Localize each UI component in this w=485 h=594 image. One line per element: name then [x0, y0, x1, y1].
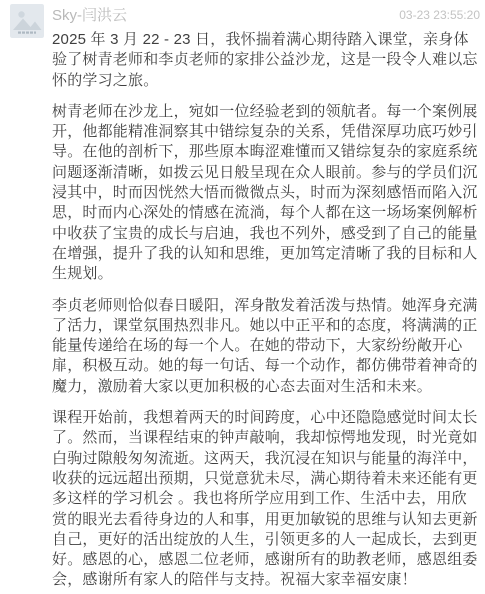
- post-paragraph: 2025 年 3 月 22 - 23 日，我怀揣着满心期待踏入课堂，亲身体验了树…: [52, 30, 479, 91]
- avatar[interactable]: [10, 4, 44, 38]
- author-name[interactable]: Sky-闫洪云: [52, 6, 127, 26]
- post-paragraph: 课程开始前，我想着两天的时间跨度，心中还隐隐感觉时间太长了。然而，当课程结束的钟…: [52, 408, 479, 591]
- post: Sky-闫洪云 03-23 23:55:20 2025 年 3 月 22 - 2…: [0, 0, 485, 594]
- post-content: 2025 年 3 月 22 - 23 日，我怀揣着满心期待踏入课堂，亲身体验了树…: [52, 30, 479, 591]
- post-paragraph: 李贞老师则恰似春日暖阳，浑身散发着活泼与热情。她浑身充满了活力，课堂氛围热烈非凡…: [52, 296, 479, 397]
- image-placeholder-icon: [10, 4, 44, 38]
- post-paragraph: 树青老师在沙龙上，宛如一位经验老到的领航者。每一个案例展开，他都能精准洞察其中错…: [52, 102, 479, 285]
- timestamp: 03-23 23:55:20: [399, 7, 480, 23]
